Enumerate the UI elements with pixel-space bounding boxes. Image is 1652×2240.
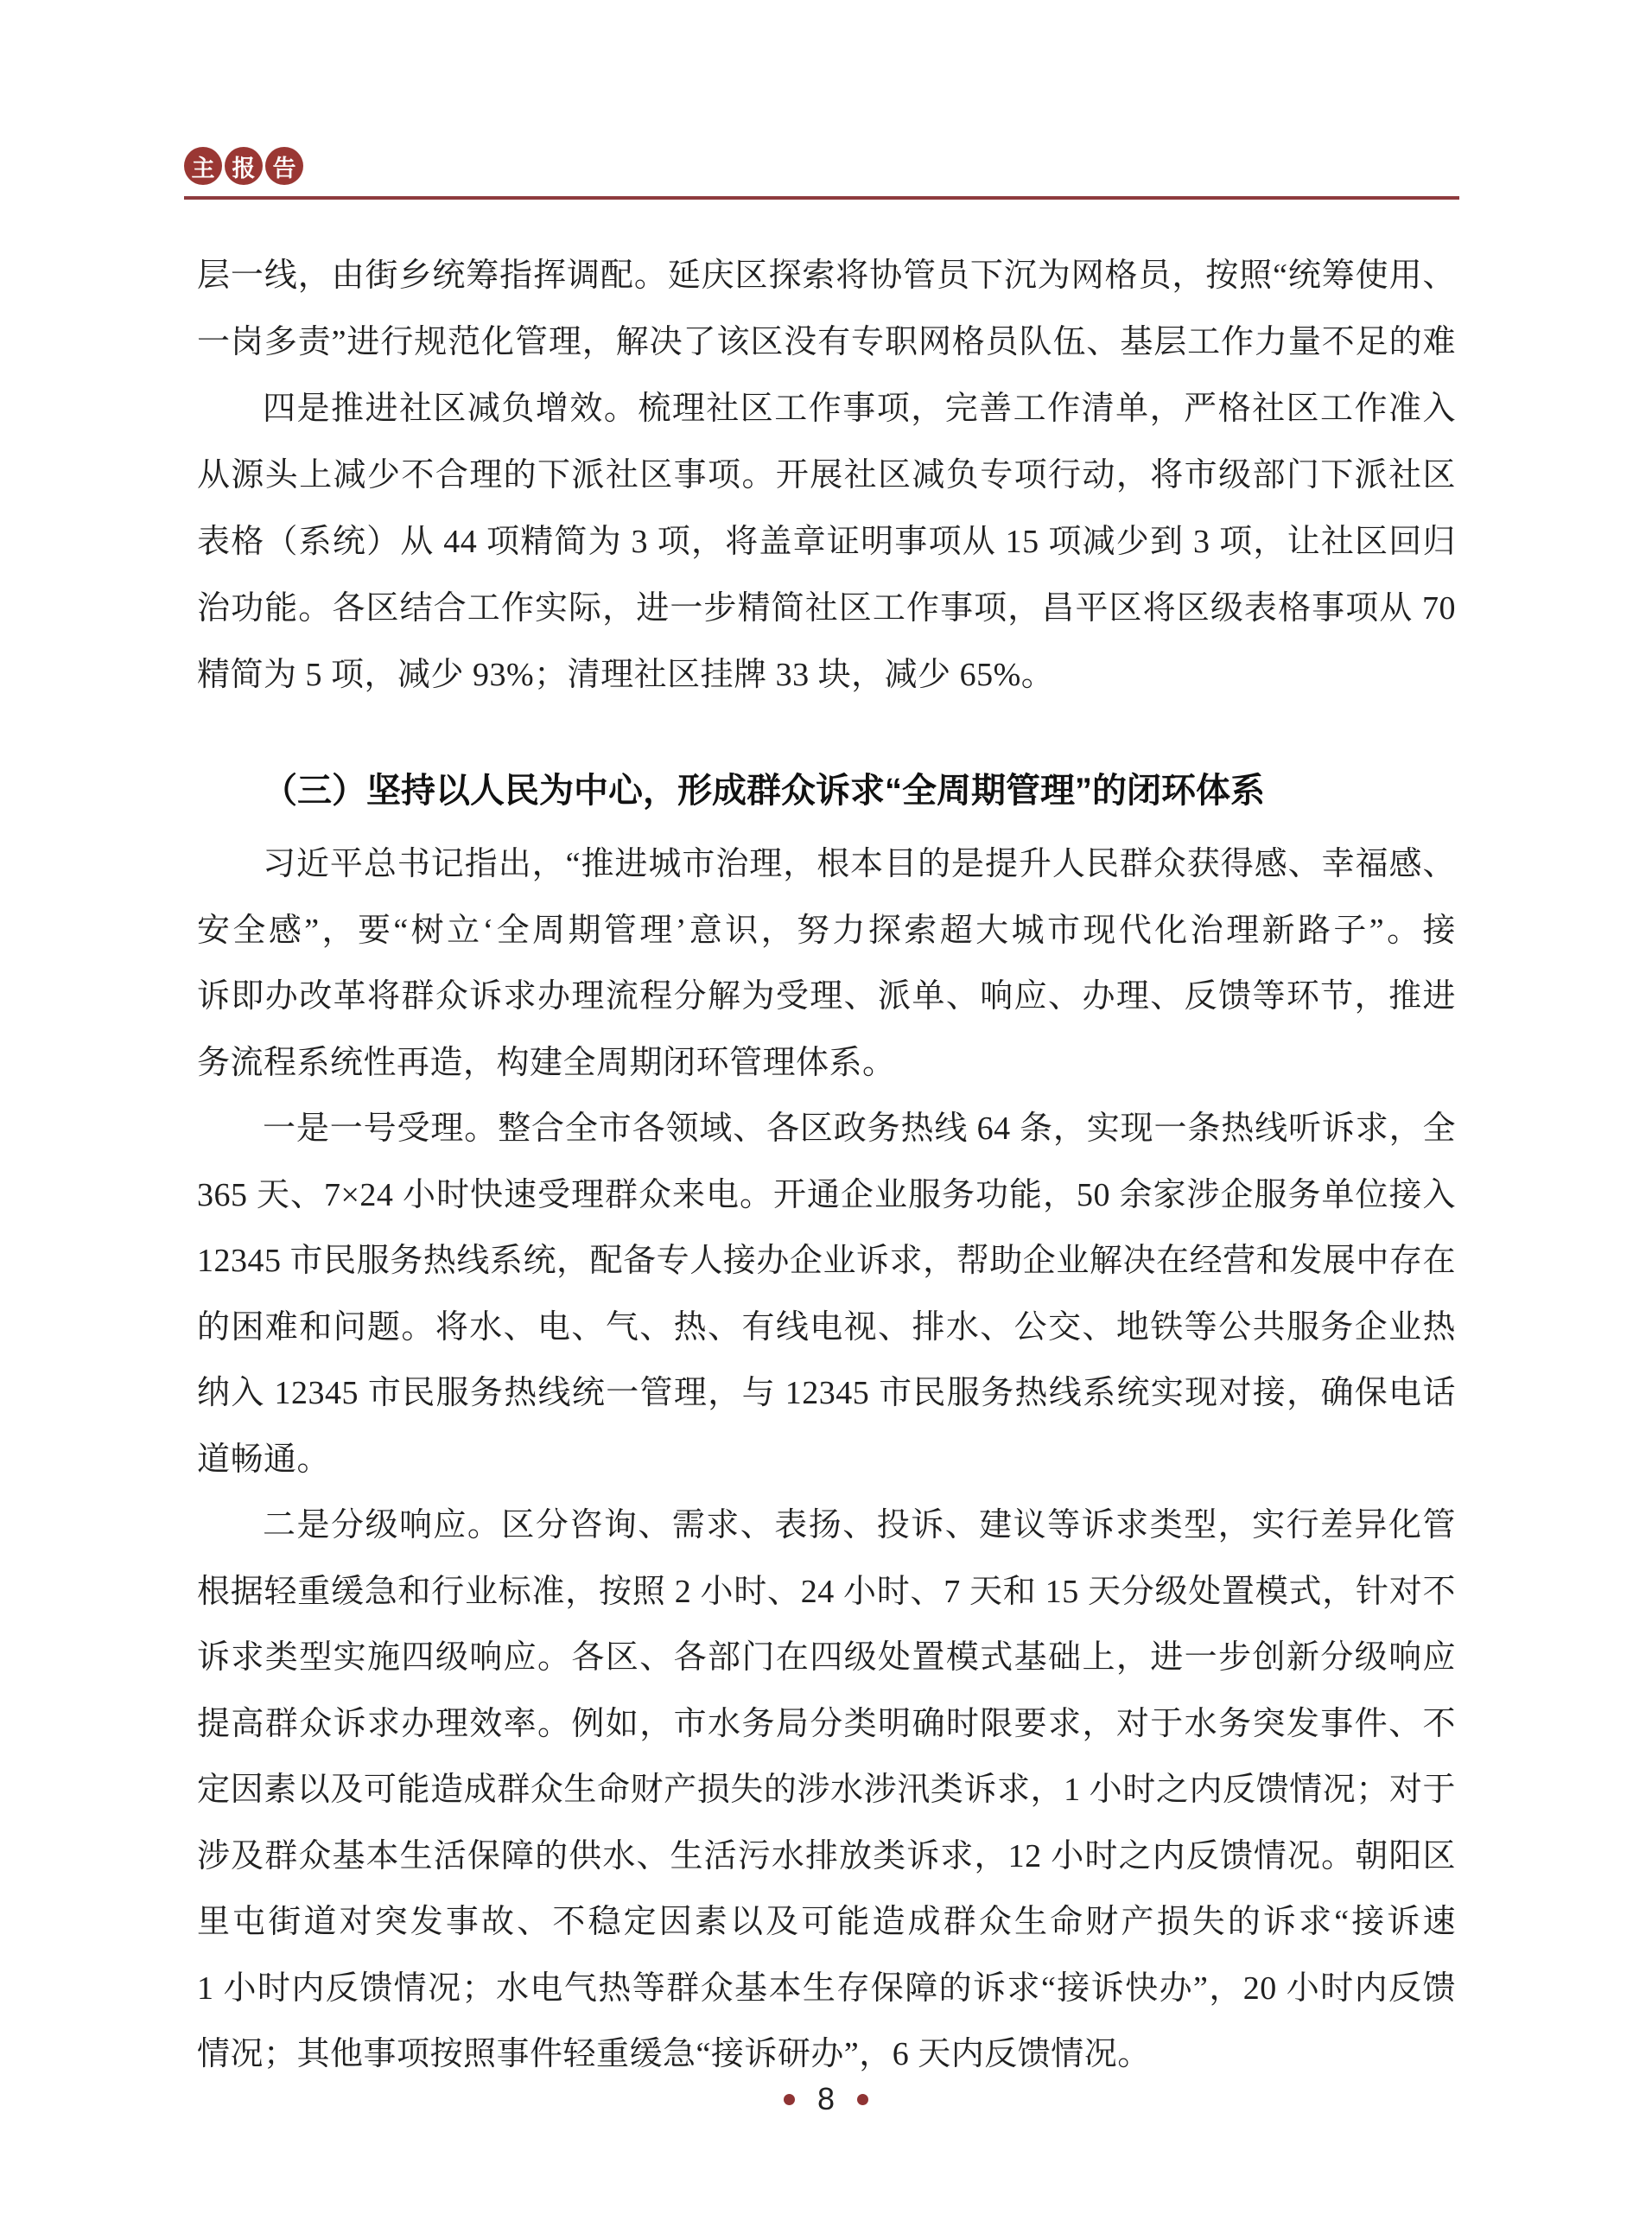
report-page: 主 报 告 层一线，由街乡统筹指挥调配。延庆区探索将协管员下沉为网格员，按照“统…	[0, 0, 1652, 2240]
body-line: 诉求类型实施四级响应。各区、各部门在四级处置模式基础上，进一步创新分级响应机制，	[197, 1625, 1456, 1691]
body-line: 安全感”，要“树立‘全周期管理’意识，努力探索超大城市现代化治理新路子”。接	[197, 898, 1456, 964]
body-line: 涉及群众基本生活保障的供水、生活污水排放类诉求，12 小时之内反馈情况。朝阳区三	[197, 1823, 1456, 1890]
body-text-top: 层一线，由街乡统筹指挥调配。延庆区探索将协管员下沉为网格员，按照“统筹使用、一岗…	[197, 243, 1456, 709]
body-line: 精简为 5 项，减少 93%；清理社区挂牌 33 块，减少 65%。	[197, 642, 1456, 709]
body-line: 四是推进社区减负增效。梳理社区工作事项，完善工作清单，严格社区工作准入事项，	[197, 376, 1456, 442]
body-line: 诉即办改革将群众诉求办理流程分解为受理、派单、响应、办理、反馈等环节，推进业	[197, 964, 1456, 1030]
body-line: 一是一号受理。整合全市各领域、各区政务热线 64 条，实现一条热线听诉求，全年	[197, 1096, 1456, 1162]
body-line: 一岗多责”进行规范化管理，解决了该区没有专职网格员队伍、基层工作力量不足的难题。	[197, 309, 1456, 376]
body-line: 根据轻重缓急和行业标准，按照 2 小时、24 小时、7 天和 15 天分级处置模…	[197, 1559, 1456, 1626]
body-line: 二是分级响应。区分咨询、需求、表扬、投诉、建议等诉求类型，实行差异化管理。	[197, 1492, 1456, 1559]
body-text-bottom: 习近平总书记指出，“推进城市治理，根本目的是提升人民群众获得感、幸福感、安全感”…	[197, 831, 1456, 2088]
header-badge: 主 报 告	[184, 147, 303, 185]
badge-char-circle: 报	[225, 147, 263, 185]
body-line: 从源头上减少不合理的下派社区事项。开展社区减负专项行动，将市级部门下派社区的	[197, 442, 1456, 509]
section-heading: （三）坚持以人民为中心，形成群众诉求“全周期管理”的闭环体系	[197, 760, 1456, 821]
header-rule	[184, 196, 1459, 200]
body-line: 提高群众诉求办理效率。例如，市水务局分类明确时限要求，对于水务突发事件、不稳	[197, 1691, 1456, 1758]
body-line: 务流程系统性再造，构建全周期闭环管理体系。	[197, 1030, 1456, 1097]
body-line: 层一线，由街乡统筹指挥调配。延庆区探索将协管员下沉为网格员，按照“统筹使用、	[197, 243, 1456, 309]
body-line: 习近平总书记指出，“推进城市治理，根本目的是提升人民群众获得感、幸福感、	[197, 831, 1456, 898]
page-footer: 8	[0, 2078, 1652, 2121]
badge-char-circle: 主	[184, 147, 222, 185]
body-line: 治功能。各区结合工作实际，进一步精简社区工作事项，昌平区将区级表格事项从 70 …	[197, 576, 1456, 642]
body-line: 定因素以及可能造成群众生命财产损失的涉水涉汛类诉求，1 小时之内反馈情况；对于	[197, 1757, 1456, 1823]
body-line: 表格（系统）从 44 项精简为 3 项，将盖章证明事项从 15 项减少到 3 项…	[197, 509, 1456, 576]
body-line: 1 小时内反馈情况；水电气热等群众基本生存保障的诉求“接诉快办”，20 小时内反…	[197, 1956, 1456, 2022]
body-line: 365 天、7×24 小时快速受理群众来电。开通企业服务功能，50 余家涉企服务…	[197, 1162, 1456, 1229]
badge-char-circle: 告	[265, 147, 303, 185]
page-number: 8	[817, 2078, 835, 2121]
body-line: 12345 市民服务热线系统，配备专人接办企业诉求，帮助企业解决在经营和发展中存…	[197, 1228, 1456, 1295]
footer-dot-left	[784, 2094, 795, 2105]
body-line: 里屯街道对突发事故、不稳定因素以及可能造成群众生命财产损失的诉求“接诉速办”，	[197, 1889, 1456, 1956]
body-line: 的困难和问题。将水、电、气、热、有线电视、排水、公交、地铁等公共服务企业热线	[197, 1295, 1456, 1361]
body-line: 道畅通。	[197, 1427, 1456, 1493]
body-line: 纳入 12345 市民服务热线统一管理，与 12345 市民服务热线系统实现对接…	[197, 1360, 1456, 1427]
footer-dot-right	[857, 2094, 868, 2105]
